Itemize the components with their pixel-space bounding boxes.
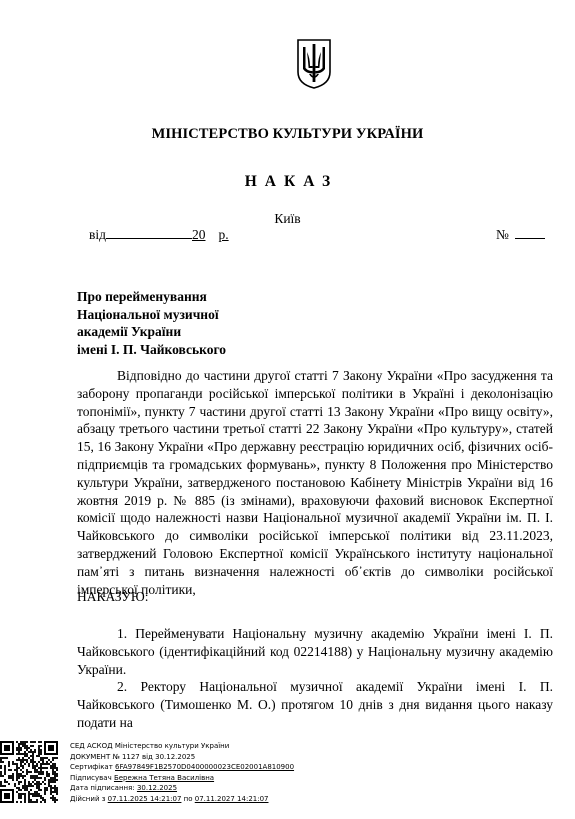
sign-date-value: 30.12.2025 — [137, 784, 177, 792]
signer-value: Бережна Тетяна Василівна — [114, 774, 214, 782]
document-type-title: НАКАЗ — [0, 173, 575, 191]
order-word: НАКАЗУЮ: — [77, 589, 149, 605]
order-item: 2. Ректору Національної музичної академі… — [77, 678, 553, 731]
date-year: 20 — [192, 227, 206, 243]
valid-from-value: 07.11.2025 14:21:07 — [108, 795, 182, 803]
certificate-label: Сертифікат — [70, 763, 113, 771]
certificate-value: 6FA97849F1B2570D0400000023CE02001A810900 — [115, 763, 294, 771]
ministry-title: МІНІСТЕРСТВО КУЛЬТУРИ УКРАЇНИ — [0, 126, 575, 143]
subject-line: імені І. П. Чайковського — [77, 341, 226, 359]
trident-coat-of-arms-icon — [296, 38, 332, 90]
date-suffix: р. — [219, 227, 229, 243]
preamble-paragraph: Відповідно до частини другої статті 7 За… — [77, 367, 553, 598]
signer-label: Підписувач — [70, 774, 112, 782]
date-prefix: від — [89, 227, 106, 243]
signature-system: СЕД АСКОД Міністерство культури України — [70, 741, 294, 752]
date-blank — [106, 226, 192, 239]
subject-line: Національної музичної — [77, 306, 226, 324]
signature-document: ДОКУМЕНТ № 1127 від 30.12.2025 — [70, 752, 294, 763]
valid-from-label: Дійсний з — [70, 795, 105, 803]
signature-validity-row: Дійсний з 07.11.2025 14:21:07 по 07.11.2… — [70, 794, 294, 805]
date-line: від 20 р. — [89, 226, 229, 243]
valid-to-value: 07.11.2027 14:21:07 — [195, 795, 269, 803]
city: Київ — [0, 211, 575, 227]
signature-date-row: Дата підписання: 30.12.2025 — [70, 783, 294, 794]
sign-date-label: Дата підписання: — [70, 784, 135, 792]
number-line: № — [496, 226, 545, 243]
number-prefix: № — [496, 227, 509, 243]
signature-signer-row: Підписувач Бережна Тетяна Василівна — [70, 773, 294, 784]
digital-signature-block: СЕД АСКОД Міністерство культури України … — [70, 741, 294, 805]
subject-line: академії України — [77, 323, 226, 341]
qr-code-icon — [0, 741, 58, 803]
valid-to-label: по — [184, 795, 193, 803]
order-item: 1. Перейменувати Національну музичну ака… — [77, 625, 553, 678]
subject-line: Про перейменування — [77, 288, 226, 306]
number-blank — [515, 226, 545, 239]
signature-certificate-row: Сертифікат 6FA97849F1B2570D0400000023CE0… — [70, 762, 294, 773]
order-subject: Про перейменування Національної музичної… — [77, 288, 226, 358]
